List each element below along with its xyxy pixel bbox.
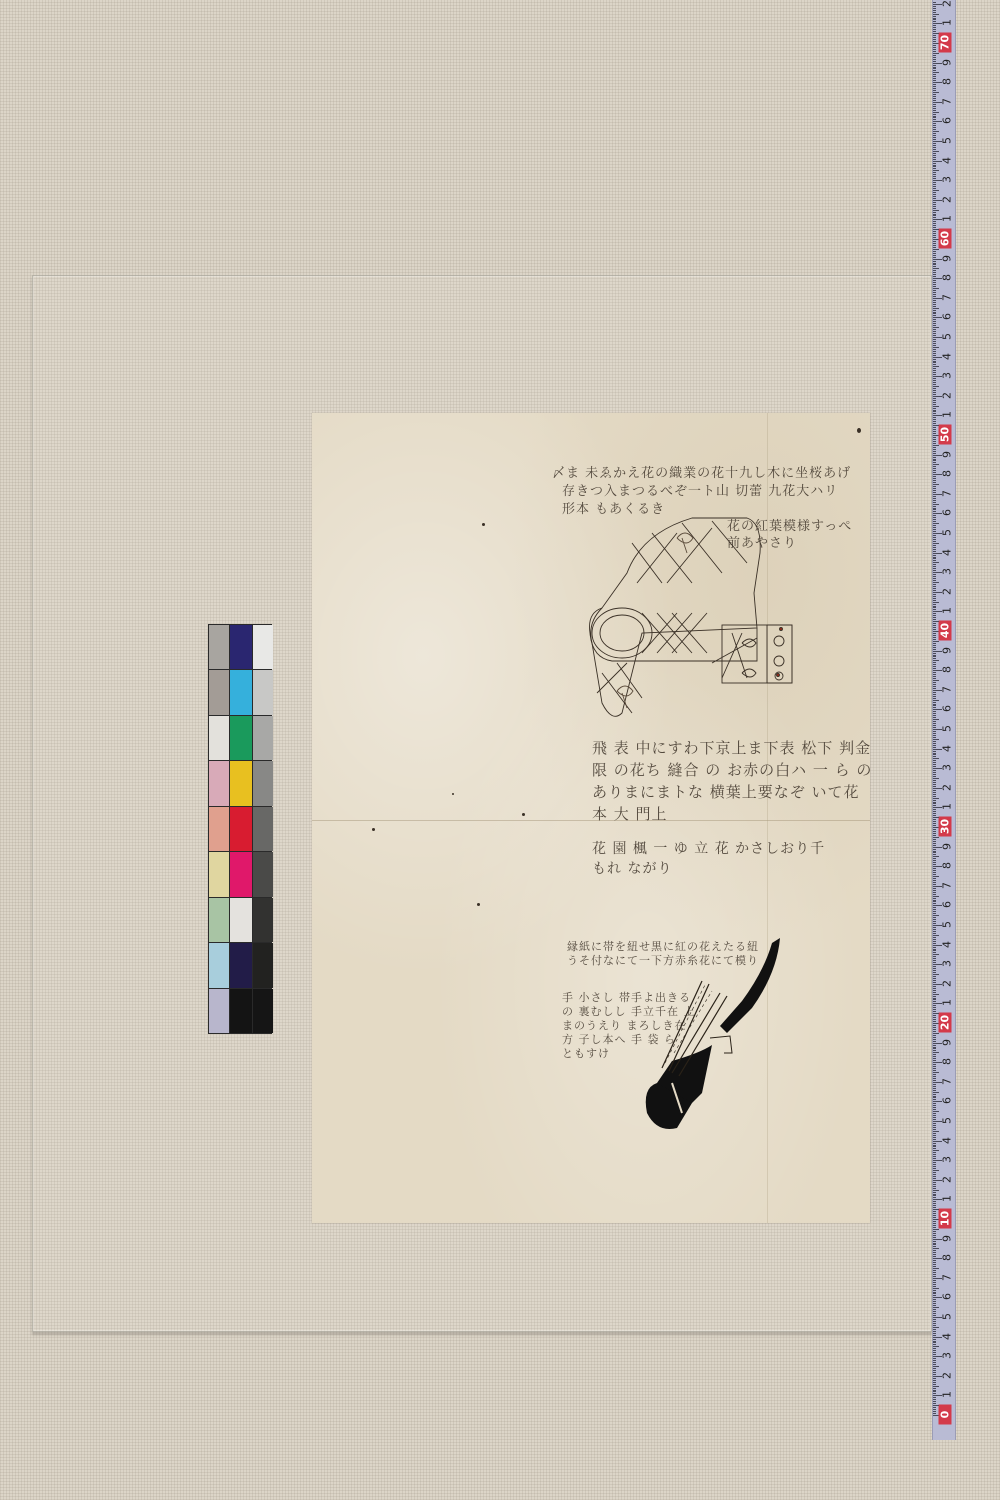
ruler-tick [933,374,936,375]
ruler-tick [933,1162,936,1163]
ruler-tick [933,564,936,565]
ruler-tick [933,1413,936,1414]
ruler-tick [933,890,936,891]
ruler-tick [933,98,936,99]
ruler-tick [933,223,936,224]
ruler-tick [933,1195,936,1196]
ruler-tick [933,1205,936,1206]
ruler-tick [933,851,936,852]
ruler-tick [933,188,936,189]
ruler-tick [933,1282,936,1283]
ruler-tick [933,1370,936,1371]
ruler-tick [933,1292,936,1293]
ruler-tick [933,55,936,56]
ruler-tick [933,498,936,499]
ruler-tick [933,1001,936,1002]
ruler-tick [933,1386,939,1387]
ruler-tick [933,1211,936,1212]
ruler-tick [933,1078,936,1079]
ruler-tick [933,388,936,389]
ruler-tick [933,1109,936,1110]
ruler-tick [933,264,936,265]
ruler-tick [933,1342,936,1343]
ruler-tick [933,1229,939,1230]
color-patch [253,716,273,760]
ruler-label: 7 [941,1271,954,1283]
ruler-tick [933,413,936,414]
ruler-tick [933,731,936,732]
ruler-tick [933,362,936,363]
ruler-tick [933,361,936,362]
ruler-tick [933,970,936,971]
ruler-tick [933,1107,936,1108]
ruler-tick [933,594,936,595]
ruler-tick [933,778,939,779]
ruler-tick [933,574,936,575]
ruler-tick [933,1378,936,1379]
ink-speck [452,793,454,795]
ruler-tick [933,1358,936,1359]
ruler-tick [933,909,936,910]
ruler-tick [933,949,936,950]
ruler-tick [933,1058,936,1059]
ruler-label: 9 [941,1232,954,1244]
ruler-tick [933,1307,939,1308]
ruler-tick [933,65,936,66]
ruler-tick [933,215,936,216]
ruler-tick [933,623,936,624]
text-top-note-2: 存きつ入まつるべぞ一ト山 切蕾 九花大ハリ [562,483,838,500]
ruler-tick [933,972,936,973]
ruler-tick [933,92,939,93]
ruler-label: 5 [941,1115,954,1127]
ruler-tick [933,1133,936,1134]
color-patch [209,989,229,1033]
ruler-tick [933,18,936,19]
ruler-tick [933,941,936,942]
ruler-tick [933,329,936,330]
ruler-tick [933,1054,936,1055]
ruler-label: 8 [941,468,954,480]
ruler-tick [933,798,939,799]
ruler-tick [933,206,936,207]
ruler-tick [933,1145,936,1146]
ruler-tick [933,210,939,211]
ruler-tick [933,878,936,879]
ruler-tick [933,1223,936,1224]
ruler-label: 6 [941,899,954,911]
ruler-tick [933,261,936,262]
ruler-tick [933,1197,936,1198]
ruler-tick [933,84,936,85]
ruler-tick [933,457,936,458]
ruler-tick [933,149,936,150]
ruler-tick [933,549,936,550]
ruler-tick [933,884,936,885]
ruler-tick [933,1268,939,1269]
ruler-tick [933,1380,936,1381]
ruler-label: 7 [941,291,954,303]
ruler-tick [933,482,936,483]
ruler-tick [933,214,936,215]
ruler-tick [933,1152,936,1153]
ruler-tick [933,27,936,28]
ruler-tick [933,660,939,661]
color-patch [253,807,273,851]
ruler-tick [933,956,936,957]
ruler-tick [933,627,936,628]
ruler-tick [933,999,936,1000]
ruler-tick [933,931,936,932]
ruler-tick [933,664,936,665]
ruler-tick [933,921,936,922]
ruler-tick [933,535,936,536]
ruler-tick [933,184,936,185]
ruler-tick [933,845,936,846]
color-calibration-chart [208,624,272,1034]
ruler-label: 10 [939,1209,952,1229]
ruler-tick [933,715,936,716]
ruler-tick [933,537,936,538]
horizontal-fold-line [312,820,870,821]
document-sheet: 〆ま 未ゑかえ花の織業の花十九し木に坐桜あげ 存きつ入まつるべぞ一ト山 切蕾 九… [312,413,870,1223]
ruler-tick [933,325,936,326]
ruler-tick [933,717,936,718]
ruler-tick [933,1105,936,1106]
ruler-label: 4 [941,1134,954,1146]
ruler-label: 9 [941,56,954,68]
ruler-tick [933,1213,936,1214]
ruler-tick [933,345,936,346]
ruler-tick [933,803,936,804]
ruler-tick [933,1305,936,1306]
ruler-tick [933,1050,936,1051]
ruler-tick [933,165,936,166]
text-lower-note-2: もれ ながり [592,861,672,878]
ruler-tick [933,1150,939,1151]
ruler-tick [933,815,936,816]
ruler-tick [933,359,936,360]
ruler-tick [933,1166,936,1167]
ruler-tick [933,1088,936,1089]
ruler-tick [933,1052,939,1053]
ruler-tick [933,682,936,683]
ruler-tick [933,811,936,812]
ruler-tick [933,1011,936,1012]
ruler-tick [933,566,936,567]
ruler-label: 70 [939,33,952,53]
ruler-tick [933,901,936,902]
ruler-tick [933,284,936,285]
ruler-tick [933,368,936,369]
text-mid-note-3: ありまにまトな 横葉上要なぞ いて花 [592,782,860,802]
ruler-tick [933,1270,936,1271]
ruler-tick [933,268,939,269]
color-patch [253,943,273,987]
ruler-tick [933,1374,936,1375]
ruler-tick [933,1344,936,1345]
ruler-label: 7 [941,95,954,107]
ruler-tick [933,1139,936,1140]
ruler-tick [933,947,936,948]
ruler-tick [933,1041,936,1042]
ruler-tick [933,1033,939,1034]
ruler-tick [933,476,936,477]
ruler-tick [933,764,936,765]
ruler-tick [933,229,939,230]
ink-speck [857,428,861,433]
ruler-tick [933,506,936,507]
ruler-tick [933,1295,936,1296]
ruler-tick [933,51,936,52]
ruler-label: 5 [941,527,954,539]
ruler-label: 9 [941,644,954,656]
ruler-tick [933,756,936,757]
ruler-tick [933,896,939,897]
ruler-tick [933,882,936,883]
ruler-tick [933,723,936,724]
ruler-tick [933,656,936,657]
ruler-tick [933,1339,936,1340]
ruler-tick [933,212,936,213]
ruler-tick [933,355,936,356]
ruler-tick [933,88,936,89]
ruler-tick [933,96,936,97]
ruler-tick [933,772,936,773]
ruler-tick [933,425,939,426]
ruler-tick [933,231,936,232]
ruler-tick [933,123,936,124]
ruler-tick [933,308,939,309]
ruler-tick [933,1241,936,1242]
ruler-tick [933,1303,936,1304]
ruler-tick [933,860,936,861]
ruler-tick [933,174,936,175]
ruler-tick [933,1017,936,1018]
ruler-tick [933,1170,939,1171]
ruler-tick [933,713,936,714]
ruler-label: 7 [941,1075,954,1087]
ruler-tick [933,833,936,834]
ruler-tick [933,398,936,399]
ruler-tick [933,911,936,912]
ruler-tick [933,296,936,297]
ruler-label: 6 [941,311,954,323]
ruler-label: 9 [941,840,954,852]
ruler-tick [933,1250,936,1251]
ruler-tick [933,978,936,979]
ruler-tick [933,1066,936,1067]
ruler-tick [933,319,936,320]
ruler-tick [933,400,936,401]
ruler-label: 7 [941,683,954,695]
ruler-tick [933,733,936,734]
ruler-tick [933,862,936,863]
ruler-tick [933,1221,936,1222]
ruler-label: 3 [941,1154,954,1166]
ruler-tick [933,1286,936,1287]
ruler-tick [933,809,936,810]
ruler-tick [933,1072,939,1073]
ruler-tick [933,1039,936,1040]
text-lower-note-1: 花 園 楓 一 ゆ 立 花 かさしおり千 [592,841,825,858]
ruler-tick [933,117,936,118]
ruler-tick [933,684,936,685]
ruler-tick [933,570,936,571]
ruler-label: 7 [941,879,954,891]
ruler-tick [933,1382,936,1383]
ruler-tick [933,913,936,914]
ruler-tick [933,1021,936,1022]
color-patch [230,625,252,669]
ruler-tick [933,1154,936,1155]
color-patch [230,852,252,896]
ruler-tick [933,80,936,81]
ruler-tick [933,666,936,667]
ruler-label: 5 [941,1311,954,1323]
ruler-label: 2 [941,1173,954,1185]
ruler-tick [933,606,936,607]
ruler-tick [933,1331,936,1332]
ruler-tick [933,70,936,71]
ruler-tick [933,1027,936,1028]
ruler-tick [933,517,936,518]
ruler-label: 3 [941,174,954,186]
ruler-tick [933,1391,936,1392]
ruler-tick [933,237,936,238]
ruler-tick [933,600,936,601]
ruler-tick [933,470,936,471]
ruler-label: 8 [941,272,954,284]
ruler-tick [933,1384,936,1385]
ruler-tick [933,19,936,20]
ruler-tick [933,280,936,281]
ruler-tick [933,294,936,295]
ruler-tick [933,692,936,693]
ruler-tick [933,202,936,203]
ruler-tick [933,290,936,291]
ruler-tick [933,1244,936,1245]
ruler-tick [933,366,939,367]
ruler-tick [933,1099,936,1100]
ruler-tick [933,1074,936,1075]
ruler-tick [933,1299,936,1300]
ruler-tick [933,411,936,412]
ruler-tick [933,917,936,918]
ruler-tick [933,353,936,354]
ruler-tick [933,16,936,17]
ruler-label: 1 [941,1193,954,1205]
ruler-tick [933,662,936,663]
ruler-label: 1 [941,213,954,225]
ruler-tick [933,1035,936,1036]
ruler-tick [933,676,936,677]
ruler-label: 2 [941,0,954,9]
ruler-label: 7 [941,487,954,499]
ruler-tick [933,745,936,746]
ruler-tick [933,672,936,673]
ruler-tick [933,721,936,722]
text-mid-note-4: 本 大 門上 [592,804,668,824]
ruler-tick [933,774,936,775]
ruler-tick [933,547,936,548]
ruler-tick [933,576,936,577]
ruler-label: 60 [939,229,952,249]
ruler-tick [933,698,936,699]
ruler-tick [933,1327,939,1328]
ruler-tick [933,766,936,767]
ruler-tick [933,525,936,526]
ruler-tick [933,615,936,616]
ruler-label: 2 [941,977,954,989]
ink-speck [477,903,480,906]
ruler-tick [933,1237,936,1238]
ruler-label: 6 [941,115,954,127]
ruler-tick [933,39,936,40]
ruler-label: 3 [941,566,954,578]
ruler-tick [933,1056,936,1057]
ruler-label: 8 [941,1056,954,1068]
ruler-tick [933,419,936,420]
ruler-label: 5 [941,135,954,147]
ruler-tick [933,523,939,524]
ruler-tick [933,747,936,748]
ruler-tick [933,143,936,144]
ruler-tick [933,190,939,191]
ruler-tick [933,962,936,963]
ruler-tick [933,1203,936,1204]
ruler-tick [933,155,936,156]
ruler-tick [933,580,936,581]
ruler-tick [933,1007,936,1008]
color-patch [209,625,229,669]
ruler-tick [933,1031,936,1032]
ruler-tick [933,196,936,197]
ruler-tick [933,72,939,73]
ruler-tick [933,604,936,605]
ruler-tick [933,1284,936,1285]
garment-sketch [582,513,822,728]
ruler-tick [933,68,936,69]
ruler-tick [933,870,936,871]
ruler-tick [933,996,936,997]
ruler-tick [933,1097,936,1098]
ruler-tick [933,1335,936,1336]
ruler-tick [933,551,936,552]
ruler-tick [933,392,936,393]
ruler-tick [933,241,936,242]
ruler-tick [933,805,936,806]
ruler-tick [933,1246,936,1247]
ruler-tick [933,333,936,334]
ruler-tick [933,462,936,463]
ruler-tick [933,263,936,264]
ruler-tick [933,754,936,755]
ruler-tick [933,1225,936,1226]
ruler-tick [933,1009,936,1010]
ruler-tick [933,274,936,275]
ruler-tick [933,937,936,938]
ruler-tick [933,958,936,959]
ruler-tick [933,584,936,585]
ruler-tick [933,645,936,646]
ruler-tick [933,1111,939,1112]
text-mid-note-2: 限 の花ち 縫合 の お赤の白ハ 一 ら の [592,760,872,780]
ruler-tick [933,488,936,489]
ruler-tick [933,382,936,383]
ruler-label: 5 [941,331,954,343]
ruler-tick [933,1227,936,1228]
